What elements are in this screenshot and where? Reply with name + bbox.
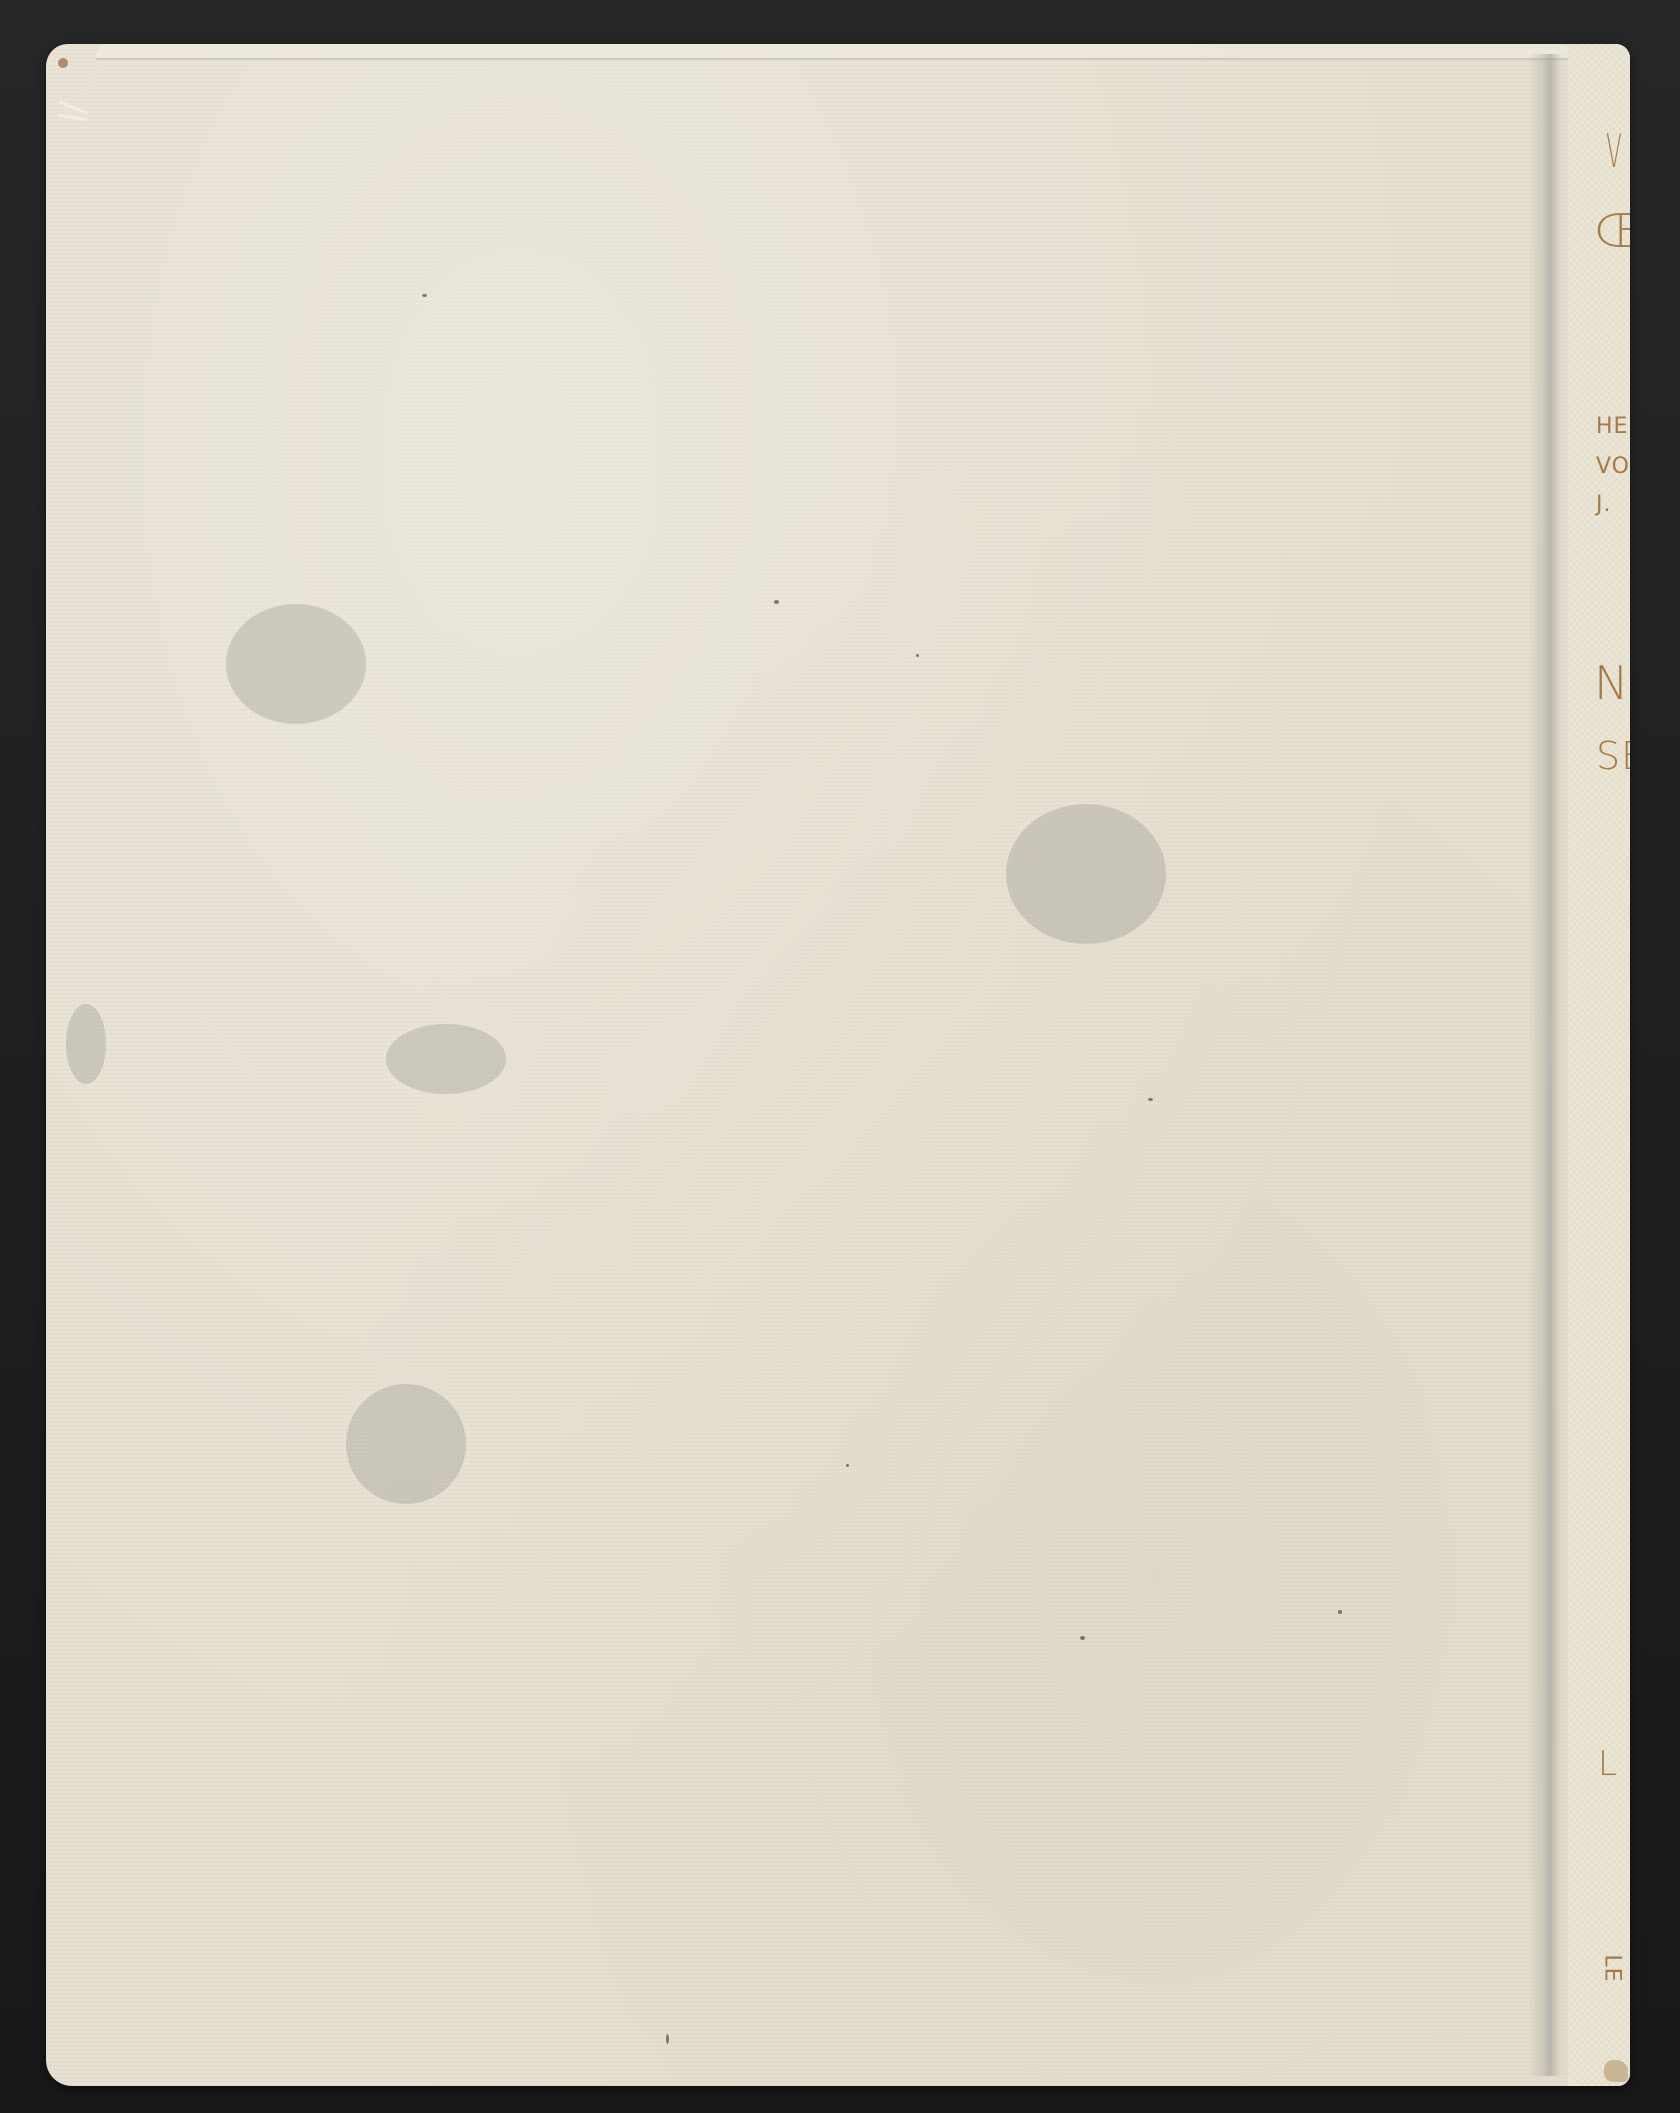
photo-scene: V Œ HER VON J. NE SE L LE: [0, 0, 1680, 2113]
spine-lettering: VON: [1596, 454, 1630, 479]
spine-lettering: HER: [1596, 414, 1630, 439]
speck: [666, 2034, 669, 2044]
spine-lettering: SE: [1596, 734, 1630, 778]
speck: [1080, 1636, 1085, 1640]
smudge: [66, 1004, 106, 1084]
back-cover: [46, 44, 1528, 2086]
spine-lettering: L: [1598, 1744, 1618, 1784]
book: V Œ HER VON J. NE SE L LE: [46, 44, 1630, 2086]
speck: [422, 294, 427, 297]
spine-lettering: NE: [1594, 656, 1630, 710]
spine-lettering: J.: [1596, 492, 1611, 517]
wear-spot: [58, 58, 68, 68]
spine-lettering: Œ: [1594, 204, 1630, 258]
smudge: [1006, 804, 1166, 944]
spine-hinge: [1528, 54, 1568, 2076]
smudge: [386, 1024, 506, 1094]
speck: [846, 1464, 849, 1467]
spine-lettering: V: [1606, 124, 1622, 178]
spine-lettering: LE: [1600, 1954, 1625, 1982]
speck: [1338, 1610, 1342, 1614]
speck: [1148, 1098, 1153, 1101]
book-spine: V Œ HER VON J. NE SE L LE: [1568, 44, 1630, 2086]
smudge: [226, 604, 366, 724]
speck: [774, 600, 779, 604]
speck: [916, 654, 919, 657]
corner-wear: [1604, 2060, 1628, 2082]
smudge: [346, 1384, 466, 1504]
